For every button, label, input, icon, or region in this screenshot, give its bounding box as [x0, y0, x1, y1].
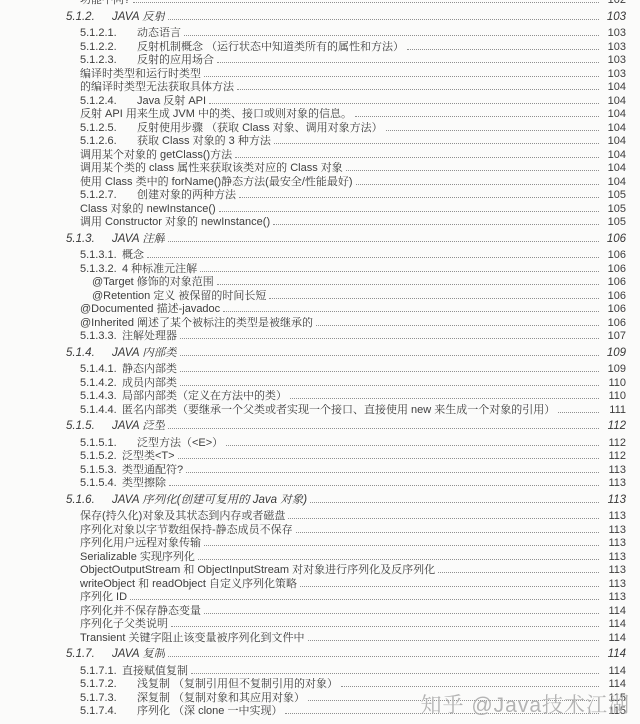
toc-title: Class 对象的 newInstance()	[80, 203, 216, 217]
toc-row[interactable]: 5.1.7.2. 浅复制 （复制引用但不复制引用的对象） 114	[0, 678, 640, 692]
page-number: 105	[602, 189, 626, 203]
dot-leader	[169, 477, 599, 486]
page-number: 109	[602, 347, 626, 361]
toc-title: 序列化 ID	[80, 591, 127, 605]
toc-title: 使用 Class 类中的 forName()静态方法(最安全/性能最好)	[80, 176, 353, 190]
toc-number: 5.1.5.	[66, 420, 112, 434]
dot-leader	[346, 162, 599, 171]
page-number: 114	[602, 605, 626, 619]
toc-number: 5.1.3.1.	[80, 249, 122, 263]
dot-leader	[147, 249, 599, 258]
toc-number: 5.1.4.2.	[80, 377, 122, 391]
page-number: 113	[602, 524, 626, 538]
dot-leader	[168, 420, 599, 429]
page-number: 112	[602, 420, 626, 434]
toc-title: 反射机制概念 （运行状态中知道类所有的属性和方法）	[137, 41, 404, 55]
dot-leader	[341, 678, 599, 687]
dot-leader	[180, 330, 599, 339]
page-number: 114	[602, 678, 626, 692]
page-number: 113	[602, 464, 626, 478]
toc-title: 调用某个类的 class 属性来获取该类对应的 Class 对象	[80, 162, 343, 176]
toc-row[interactable]: 5.1.4. JAVA 内部类 109	[0, 347, 640, 361]
dot-leader	[217, 54, 599, 63]
page-number: 103	[602, 27, 626, 41]
toc-row[interactable]: 5.1.5.2. 泛型类<T> 112	[0, 450, 640, 464]
dot-leader	[296, 524, 599, 533]
page-number: 105	[602, 203, 626, 217]
toc-row[interactable]: 的编译时类型无法获取具体方法 104	[0, 81, 640, 95]
toc-row[interactable]: 5.1.2. JAVA 反射 103	[0, 11, 640, 25]
toc-title: 4 种标准元注解	[122, 263, 197, 277]
page-number: 104	[602, 149, 626, 163]
toc-title: 静态内部类	[122, 363, 177, 377]
toc-title: 编译时类型和运行时类型	[80, 68, 201, 82]
toc-number: 5.1.4.3.	[80, 390, 122, 404]
toc-title: 概念	[122, 249, 144, 263]
dot-leader	[269, 290, 599, 299]
toc-title: JAVA 泛型	[112, 420, 165, 434]
dot-leader	[171, 618, 599, 627]
toc-row[interactable]: 5.1.2.1. 动态语言 103	[0, 27, 640, 41]
toc-number: 5.1.2.4.	[80, 95, 137, 109]
dot-leader	[316, 317, 599, 326]
page-number: 104	[602, 122, 626, 136]
toc-title: 创建对象的两种方法	[137, 189, 236, 203]
toc-number: 5.1.6.	[66, 494, 112, 508]
toc-title: 反射使用步骤 （获取 Class 对象、调用对象方法）	[137, 122, 383, 136]
dot-leader	[308, 692, 599, 701]
toc-row[interactable]: 5.1.7.1. 直接赋值复制 114	[0, 665, 640, 679]
toc-title: Transient 关键字阻止该变量被序列化到文件中	[80, 632, 305, 646]
toc-number: 5.1.5.2.	[80, 450, 122, 464]
toc-number: 5.1.4.1.	[80, 363, 122, 377]
page-number: 112	[602, 437, 626, 451]
page-number: 113	[602, 551, 626, 565]
toc-title: JAVA 序列化(创建可复用的 Java 对象)	[112, 494, 307, 508]
toc-title: 的编译时类型无法获取具体方法	[80, 81, 234, 95]
toc-row[interactable]: 5.1.5.3. 类型通配符? 113	[0, 464, 640, 478]
toc-row[interactable]: 5.1.4.1. 静态内部类 109	[0, 363, 640, 377]
toc-row[interactable]: Serializable 实现序列化 113	[0, 551, 640, 565]
toc-row[interactable]: ObjectOutputStream 和 ObjectInputStream 对…	[0, 564, 640, 578]
dot-leader	[274, 135, 599, 144]
toc-row[interactable]: 5.1.2.2. 反射机制概念 （运行状态中知道类所有的属性和方法） 103	[0, 41, 640, 55]
toc-title: 序列化 （深 clone 一中实现）	[137, 705, 282, 719]
dot-leader	[217, 276, 599, 285]
dot-leader	[438, 564, 599, 573]
page-number: 103	[602, 41, 626, 55]
toc-number: 5.1.4.4.	[80, 404, 122, 418]
page-number: 114	[602, 665, 626, 679]
toc-title: 类型擦除	[122, 477, 166, 491]
page-number: 106	[602, 276, 626, 290]
toc-row[interactable]: 5.1.3. JAVA 注解 106	[0, 233, 640, 247]
toc-number: 5.1.5.1.	[80, 437, 137, 451]
toc-number: 5.1.2.1.	[80, 27, 137, 41]
page-number: 110	[602, 377, 626, 391]
toc-row[interactable]: @Inherited 阐述了某个被标注的类型是被继承的 106	[0, 317, 640, 331]
toc-title: JAVA 复制	[112, 648, 165, 662]
page-number: 104	[602, 176, 626, 190]
toc-number: 5.1.5.4.	[80, 477, 122, 491]
page-number: 114	[602, 648, 626, 662]
dot-leader	[180, 347, 599, 356]
dot-leader	[237, 81, 599, 90]
toc-number: 5.1.7.	[66, 648, 112, 662]
dot-leader	[300, 578, 599, 587]
toc-row[interactable]: 功能不同? 102	[0, 0, 640, 8]
page-number: 107	[602, 330, 626, 344]
page-number: 114	[602, 618, 626, 632]
page-number: 115	[602, 692, 626, 706]
dot-leader	[239, 189, 599, 198]
dot-leader	[290, 390, 599, 399]
toc-title: @Inherited 阐述了某个被标注的类型是被继承的	[80, 317, 313, 331]
toc-number: 5.1.7.2.	[80, 678, 137, 692]
page-number: 113	[602, 591, 626, 605]
toc-row[interactable]: 5.1.4.4. 匿名内部类（要继承一个父类或者实现一个接口、直接使用 new …	[0, 404, 640, 418]
toc-title: 注解处理器	[122, 330, 177, 344]
toc-row[interactable]: 5.1.3.1. 概念 106	[0, 249, 640, 263]
toc-title: 反射 API 用来生成 JVM 中的类、接口或则对象的信息。	[80, 108, 352, 122]
page-number: 112	[602, 450, 626, 464]
page-number: 113	[602, 477, 626, 491]
toc-title: 获取 Class 对象的 3 种方法	[137, 135, 271, 149]
dot-leader	[209, 95, 599, 104]
toc-title: 功能不同?	[80, 0, 130, 8]
toc-number: 5.1.2.2.	[80, 41, 137, 55]
toc-title: 浅复制 （复制引用但不复制引用的对象）	[137, 678, 338, 692]
toc-row[interactable]: Class 对象的 newInstance() 105	[0, 203, 640, 217]
toc-title: JAVA 注解	[112, 233, 165, 247]
toc-row[interactable]: 5.1.5.1. 泛型方法（<E>） 112	[0, 437, 640, 451]
dot-leader	[200, 263, 599, 272]
toc-title: @Documented 描述-javadoc	[80, 303, 220, 317]
dot-leader	[168, 648, 599, 657]
page-number: 106	[602, 249, 626, 263]
dot-leader	[285, 705, 599, 714]
dot-leader	[273, 216, 599, 225]
page-number: 103	[602, 68, 626, 82]
toc-number: 5.1.7.4.	[80, 705, 137, 719]
toc-number: 5.1.2.6.	[80, 135, 137, 149]
toc-title: 调用某个对象的 getClass()方法	[80, 149, 232, 163]
toc-number: 5.1.2.3.	[80, 54, 137, 68]
dot-leader	[168, 233, 599, 242]
page-number: 109	[602, 363, 626, 377]
page-number: 113	[602, 578, 626, 592]
page-number: 113	[602, 564, 626, 578]
toc-title: 序列化对象以字节数组保持-静态成员不保存	[80, 524, 293, 538]
dot-leader	[386, 122, 599, 131]
toc-title: JAVA 反射	[112, 11, 165, 25]
toc-row[interactable]: 调用某个对象的 getClass()方法 104	[0, 149, 640, 163]
dot-leader	[355, 108, 599, 117]
toc-number: 5.1.4.	[66, 347, 112, 361]
toc-title: @Target 修饰的对象范围	[92, 276, 214, 290]
toc-row[interactable]: 反射 API 用来生成 JVM 中的类、接口或则对象的信息。 104	[0, 108, 640, 122]
toc-title: 保存(持久化)对象及其状态到内存或者磁盘	[80, 510, 285, 524]
toc-title: ObjectOutputStream 和 ObjectInputStream 对…	[80, 564, 435, 578]
page-number: 114	[602, 632, 626, 646]
dot-leader	[133, 0, 599, 3]
page-number: 111	[602, 404, 626, 418]
dot-leader	[308, 632, 600, 641]
toc-row[interactable]: 5.1.5.4. 类型擦除 113	[0, 477, 640, 491]
toc-number: 5.1.5.3.	[80, 464, 122, 478]
toc-number: 5.1.3.	[66, 233, 112, 247]
page-number: 103	[602, 54, 626, 68]
dot-leader	[180, 363, 599, 372]
toc-row[interactable]: 编译时类型和运行时类型 103	[0, 68, 640, 82]
dot-leader	[178, 450, 599, 459]
dot-leader	[191, 665, 599, 674]
toc-number: 5.1.3.2.	[80, 263, 122, 277]
toc-title: 序列化用户远程对象传输	[80, 537, 201, 551]
page-number: 113	[602, 494, 626, 508]
dot-leader	[204, 537, 599, 546]
toc-row[interactable]: 序列化用户远程对象传输 113	[0, 537, 640, 551]
toc-row[interactable]: 序列化子父类说明 114	[0, 618, 640, 632]
dot-leader	[186, 464, 599, 473]
toc-row[interactable]: @Retention 定义 被保留的时间长短 106	[0, 290, 640, 304]
page-number: 113	[602, 510, 626, 524]
toc-title: JAVA 内部类	[112, 347, 177, 361]
toc-row[interactable]: @Target 修饰的对象范围 106	[0, 276, 640, 290]
toc-row[interactable]: 调用某个类的 class 属性来获取该类对应的 Class 对象 104	[0, 162, 640, 176]
dot-leader	[310, 494, 599, 503]
page-number: 104	[602, 95, 626, 109]
toc-row[interactable]: Transient 关键字阻止该变量被序列化到文件中 114	[0, 632, 640, 646]
toc-row[interactable]: 序列化对象以字节数组保持-静态成员不保存 113	[0, 524, 640, 538]
toc-row[interactable]: 5.1.4.2. 成员内部类 110	[0, 377, 640, 391]
dot-leader	[226, 437, 599, 446]
dot-leader	[407, 41, 599, 50]
toc-number: 5.1.2.7.	[80, 189, 137, 203]
toc-number: 5.1.2.5.	[80, 122, 137, 136]
toc-row[interactable]: 保存(持久化)对象及其状态到内存或者磁盘 113	[0, 510, 640, 524]
toc-row[interactable]: 5.1.2.4. Java 反射 API 104	[0, 95, 640, 109]
toc-title: 序列化子父类说明	[80, 618, 168, 632]
toc-row[interactable]: 5.1.7.4. 序列化 （深 clone 一中实现） 115	[0, 705, 640, 719]
toc-row[interactable]: 5.1.2.5. 反射使用步骤 （获取 Class 对象、调用对象方法） 104	[0, 122, 640, 136]
toc-title: @Retention 定义 被保留的时间长短	[92, 290, 266, 304]
dot-leader	[168, 11, 599, 20]
page-number: 106	[602, 317, 626, 331]
toc-title: 局部内部类（定义在方法中的类）	[122, 390, 287, 404]
toc-row[interactable]: 5.1.6. JAVA 序列化(创建可复用的 Java 对象) 113	[0, 494, 640, 508]
page-number: 106	[602, 303, 626, 317]
page-number: 106	[602, 290, 626, 304]
page-number: 106	[602, 263, 626, 277]
page-number: 104	[602, 81, 626, 95]
toc-number: 5.1.7.1.	[80, 665, 122, 679]
toc-row[interactable]: 5.1.2.6. 获取 Class 对象的 3 种方法 104	[0, 135, 640, 149]
dot-leader	[130, 591, 599, 600]
toc-title: 泛型类<T>	[122, 450, 175, 464]
toc-title: 成员内部类	[122, 377, 177, 391]
page-number: 102	[602, 0, 626, 8]
toc-row[interactable]: 5.1.3.3. 注解处理器 107	[0, 330, 640, 344]
toc-row[interactable]: 5.1.5. JAVA 泛型 112	[0, 420, 640, 434]
dot-leader	[184, 27, 599, 36]
dot-leader	[235, 149, 599, 158]
page-number: 115	[602, 705, 626, 719]
toc-title: 反射的应用场合	[137, 54, 214, 68]
toc-number: 5.1.3.3.	[80, 330, 122, 344]
page-number: 110	[602, 390, 626, 404]
dot-leader	[198, 551, 599, 560]
toc-title: 匿名内部类（要继承一个父类或者实现一个接口、直接使用 new 来生成一个对象的引…	[122, 404, 555, 418]
toc-row[interactable]: 5.1.2.7. 创建对象的两种方法 105	[0, 189, 640, 203]
page-number: 104	[602, 135, 626, 149]
toc-title: 类型通配符?	[122, 464, 183, 478]
toc-title: 动态语言	[137, 27, 181, 41]
page-number: 106	[602, 233, 626, 247]
dot-leader	[204, 68, 599, 77]
toc-title: 序列化并不保存静态变量	[80, 605, 201, 619]
toc-row[interactable]: 使用 Class 类中的 forName()静态方法(最安全/性能最好) 104	[0, 176, 640, 190]
toc-number: 5.1.2.	[66, 11, 112, 25]
toc-row[interactable]: 5.1.7.3. 深复制 （复制对象和其应用对象） 115	[0, 692, 640, 706]
toc-title: 直接赋值复制	[122, 665, 188, 679]
toc-title: writeObject 和 readObject 自定义序列化策略	[80, 578, 297, 592]
toc-row[interactable]: 5.1.3.2. 4 种标准元注解 106	[0, 263, 640, 277]
page-number: 104	[602, 108, 626, 122]
page-number: 113	[602, 537, 626, 551]
toc-title: 泛型方法（<E>）	[137, 437, 223, 451]
toc-title: 调用 Constructor 对象的 newInstance()	[80, 216, 270, 230]
dot-leader	[219, 203, 599, 212]
toc-row[interactable]: 5.1.4.3. 局部内部类（定义在方法中的类） 110	[0, 390, 640, 404]
toc-row[interactable]: 5.1.7. JAVA 复制 114	[0, 648, 640, 662]
toc-list: 功能不同? 102 5.1.2. JAVA 反射 103 5.1.2.1. 动态…	[0, 0, 640, 719]
dot-leader	[288, 510, 599, 519]
dot-leader	[204, 605, 599, 614]
page-number: 103	[602, 11, 626, 25]
toc-row[interactable]: writeObject 和 readObject 自定义序列化策略 113	[0, 578, 640, 592]
toc-row[interactable]: 序列化 ID 113	[0, 591, 640, 605]
toc-title: 深复制 （复制对象和其应用对象）	[137, 692, 305, 706]
toc-number: 5.1.7.3.	[80, 692, 137, 706]
page-number: 105	[602, 216, 626, 230]
toc-row[interactable]: 序列化并不保存静态变量 114	[0, 605, 640, 619]
toc-row[interactable]: @Documented 描述-javadoc 106	[0, 303, 640, 317]
page-number: 104	[602, 162, 626, 176]
toc-page: 功能不同? 102 5.1.2. JAVA 反射 103 5.1.2.1. 动态…	[0, 0, 640, 719]
dot-leader	[558, 404, 599, 413]
dot-leader	[180, 377, 599, 386]
toc-title: Java 反射 API	[137, 95, 206, 109]
toc-title: Serializable 实现序列化	[80, 551, 195, 565]
dot-leader	[223, 303, 599, 312]
dot-leader	[356, 176, 599, 185]
toc-row[interactable]: 调用 Constructor 对象的 newInstance() 105	[0, 216, 640, 230]
toc-row[interactable]: 5.1.2.3. 反射的应用场合 103	[0, 54, 640, 68]
